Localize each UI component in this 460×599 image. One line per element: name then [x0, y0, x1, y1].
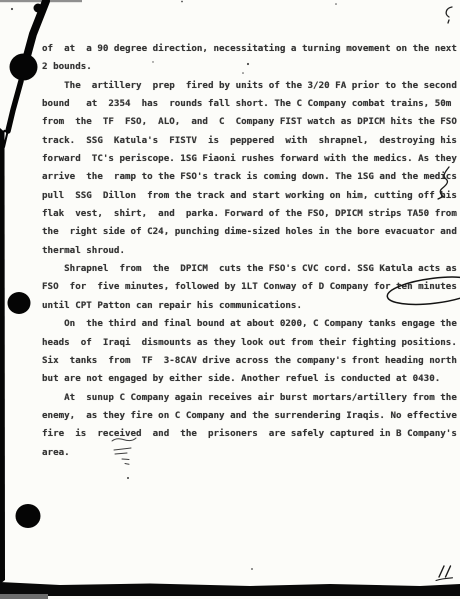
text-line: At sunup C Company again receives air bu…: [42, 389, 458, 407]
text-line: bound at 2354 has rounds fall short. The…: [42, 95, 458, 113]
document-text: of at a 90 degree direction, necessitati…: [42, 40, 458, 462]
text-line: Shrapnel from the DPICM cuts the FSO's C…: [42, 260, 458, 278]
marker-streak: [3, 1, 46, 147]
text-line: but are not engaged by either side. Anot…: [42, 370, 458, 388]
text-line: flak vest, shirt, and parka. Forward of …: [42, 205, 458, 223]
text-line: thermal shroud.: [42, 242, 458, 260]
text-line: fire is received and the prisoners are s…: [42, 425, 458, 443]
text-line: of at a 90 degree direction, necessitati…: [42, 40, 458, 58]
text-line: FSO for five minutes, followed by 1LT Co…: [42, 278, 458, 296]
text-line: enemy, as they fire on C Company and the…: [42, 407, 458, 425]
scanned-document-page: of at a 90 degree direction, necessitati…: [0, 0, 460, 599]
text-line: arrive the ramp to the FSO's track is co…: [42, 168, 458, 186]
scanner-edge-bottom: [0, 582, 460, 599]
hole-punch-dot-lower: [16, 504, 41, 528]
scanner-edge-top: [0, 0, 82, 2]
text-line: until CPT Patton can repair his communic…: [42, 297, 458, 315]
text-line: On the third and final bound at about 02…: [42, 315, 458, 333]
pen-mark-top-right: [446, 7, 452, 23]
text-line: heads of Iraqi dismounts as they look ou…: [42, 334, 458, 352]
text-line: area.: [42, 444, 458, 462]
handwritten-mark-bottom-right: [436, 566, 453, 581]
text-line: forward TC's periscope. 1SG Fiaoni rushe…: [42, 150, 458, 168]
text-line: from the TF FSO, ALO, and C Company FIST…: [42, 113, 458, 131]
text-line: pull SSG Dillon from the track and start…: [42, 187, 458, 205]
text-line: the right side of C24, punching dime-siz…: [42, 223, 458, 241]
scanner-edge-left: [0, 128, 5, 584]
text-line: 2 bounds.: [42, 58, 458, 76]
text-line: track. SSG Katula's FISTV is peppered wi…: [42, 132, 458, 150]
text-line: The artillery prep fired by units of the…: [42, 77, 458, 95]
hole-punch-dot-upper: [8, 292, 31, 314]
text-line: Six tanks from TF 3-8CAV drive across th…: [42, 352, 458, 370]
